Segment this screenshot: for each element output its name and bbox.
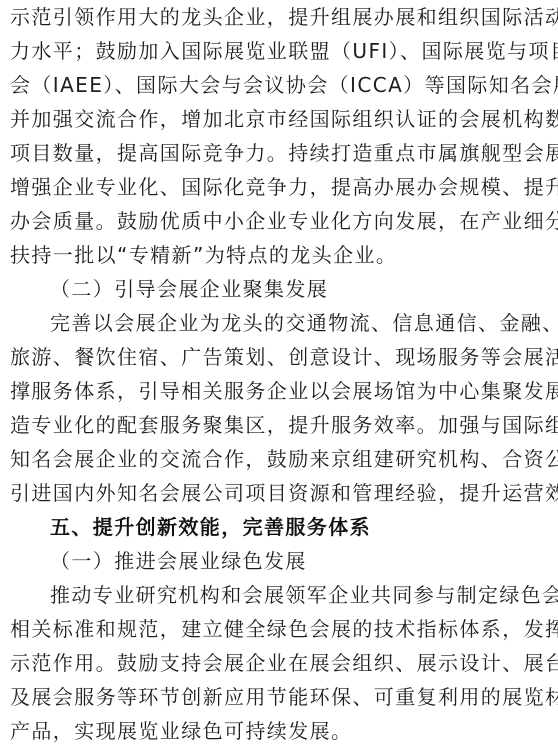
paragraph-line: 撑服务体系，引导相关服务企业以会展场馆为中心集聚发展，打 xyxy=(10,374,550,408)
paragraph-line: 会（IAEE）、国际大会与会议协会（ICCA）等国际知名会展机构 xyxy=(10,68,550,102)
paragraph-line-last: 扶持一批以“专精新”为特点的龙头企业。 xyxy=(10,238,550,272)
paragraph-line: 及展会服务等环节创新应用节能环保、可重复利用的展览材料和 xyxy=(10,680,550,714)
paragraph-line: 示范引领作用大的龙头企业，提升组展办展和组织国际活动的能 xyxy=(10,0,550,34)
paragraph-line: 办会质量。鼓励优质中小企业专业化方向发展，在产业细分领域 xyxy=(10,204,550,238)
paragraph-line-last: 产品，实现展览业绿色可持续发展。 xyxy=(10,714,550,746)
section-heading: 五、提升创新效能，完善服务体系 xyxy=(50,510,550,544)
paragraph-line: 示范作用。鼓励支持会展企业在展会组织、展示设计、展台搭建 xyxy=(10,646,550,680)
subsection-heading: （一）推进会展业绿色发展 xyxy=(50,544,550,578)
paragraph-line: 旅游、餐饮住宿、广告策划、创意设计、现场服务等会展活动支 xyxy=(10,340,550,374)
paragraph-line: 力水平；鼓励加入国际展览业联盟（UFI）、国际展览与项目协 xyxy=(10,34,550,68)
paragraph-line-first: 推动专业研究机构和会展领军企业共同参与制定绿色会展 xyxy=(50,578,550,612)
paragraph-line: 造专业化的配套服务聚集区，提升服务效率。加强与国际组织和 xyxy=(10,408,550,442)
document-page: 示范引领作用大的龙头企业，提升组展办展和组织国际活动的能 力水平；鼓励加入国际展… xyxy=(0,0,558,746)
paragraph-line: 相关标准和规范，建立健全绿色会展的技术指标体系，发挥引领 xyxy=(10,612,550,646)
paragraph-line: 增强企业专业化、国际化竞争力，提高办展办会规模、提升办展 xyxy=(10,170,550,204)
paragraph-line: 并加强交流合作，增加北京市经国际组织认证的会展机构数量和 xyxy=(10,102,550,136)
subsection-heading: （二）引导会展企业聚集发展 xyxy=(50,272,550,306)
paragraph-line: 引进国内外知名会展公司项目资源和管理经验，提升运营效益。 xyxy=(10,476,550,510)
paragraph-line: 知名会展企业的交流合作，鼓励来京组建研究机构、合资公司， xyxy=(10,442,550,476)
paragraph-line-first: 完善以会展企业为龙头的交通物流、信息通信、金融、会奖 xyxy=(50,306,550,340)
paragraph-line: 项目数量，提高国际竞争力。持续打造重点市属旗舰型会展企业， xyxy=(10,136,550,170)
